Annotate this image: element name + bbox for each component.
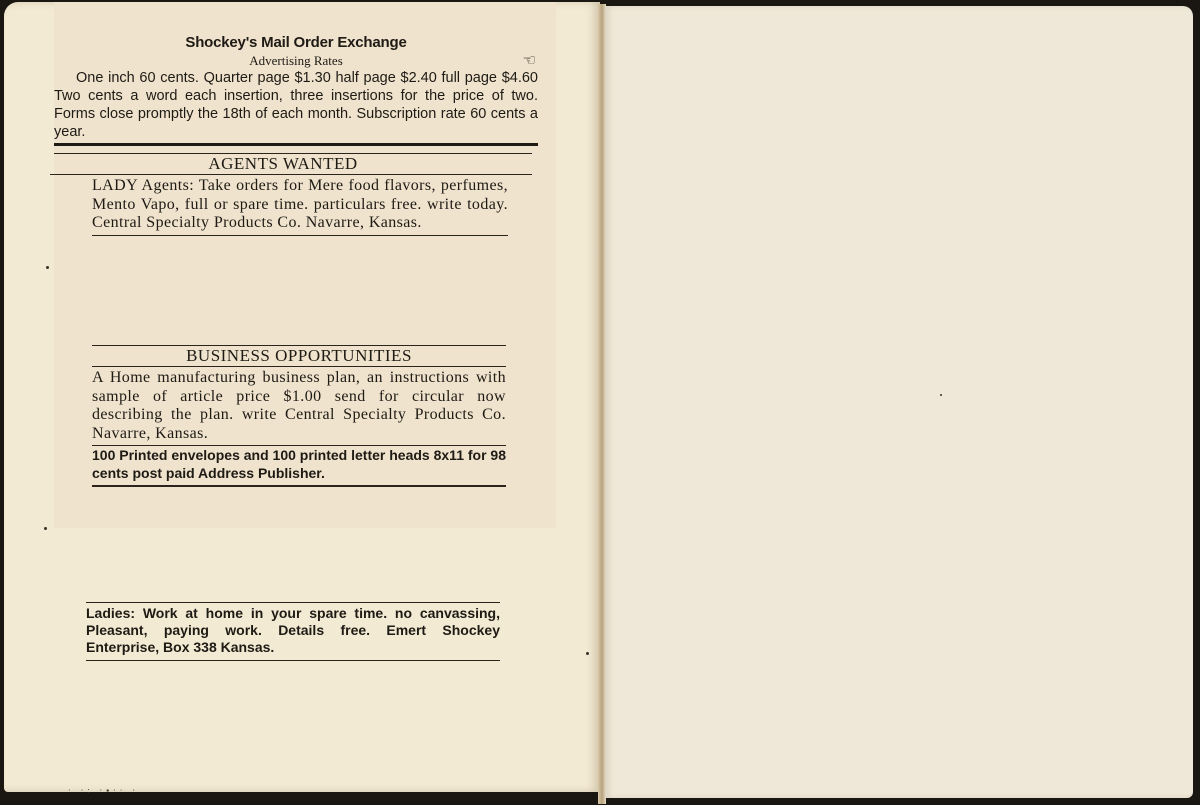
business-opportunities-section: BUSINESS OPPORTUNITIES A Home manufactur… (92, 345, 506, 487)
divider (92, 485, 506, 487)
page-title: Shockey's Mail Order Exchange (54, 34, 538, 51)
right-page-blank (605, 6, 1193, 798)
subtitle-row: Advertising Rates ☜ (54, 53, 538, 69)
agents-wanted-heading: AGENTS WANTED (34, 154, 532, 174)
agents-wanted-section: AGENTS WANTED LADY Agents: Take orders f… (54, 153, 532, 236)
pointing-hand-icon: ☜ (523, 51, 536, 70)
ladies-ad-section: Ladies: Work at home in your spare time.… (86, 602, 500, 661)
paper-speck (44, 527, 47, 530)
divider (54, 143, 538, 146)
ladies-ad: Ladies: Work at home in your spare time.… (86, 603, 500, 656)
rates-header: Shockey's Mail Order Exchange Advertisin… (54, 34, 538, 146)
paper-speck (46, 266, 49, 269)
rates-text: One inch 60 cents. Quarter page $1.30 ha… (54, 69, 538, 141)
business-opportunities-ad: A Home manufacturing business plan, an i… (92, 367, 506, 443)
book-spread: Shockey's Mail Order Exchange Advertisin… (0, 0, 1200, 805)
paper-speck (940, 394, 942, 396)
agents-wanted-ad: LADY Agents: Take orders for Mere food f… (54, 175, 532, 235)
paper-speck (586, 652, 589, 655)
divider (86, 660, 500, 661)
divider (92, 235, 508, 236)
paper-specks: · ·: ·▪·· · (68, 786, 139, 795)
subtitle: Advertising Rates (249, 53, 343, 68)
business-opportunities-heading: BUSINESS OPPORTUNITIES (92, 346, 506, 366)
printing-ad: 100 Printed envelopes and 100 printed le… (92, 446, 506, 482)
